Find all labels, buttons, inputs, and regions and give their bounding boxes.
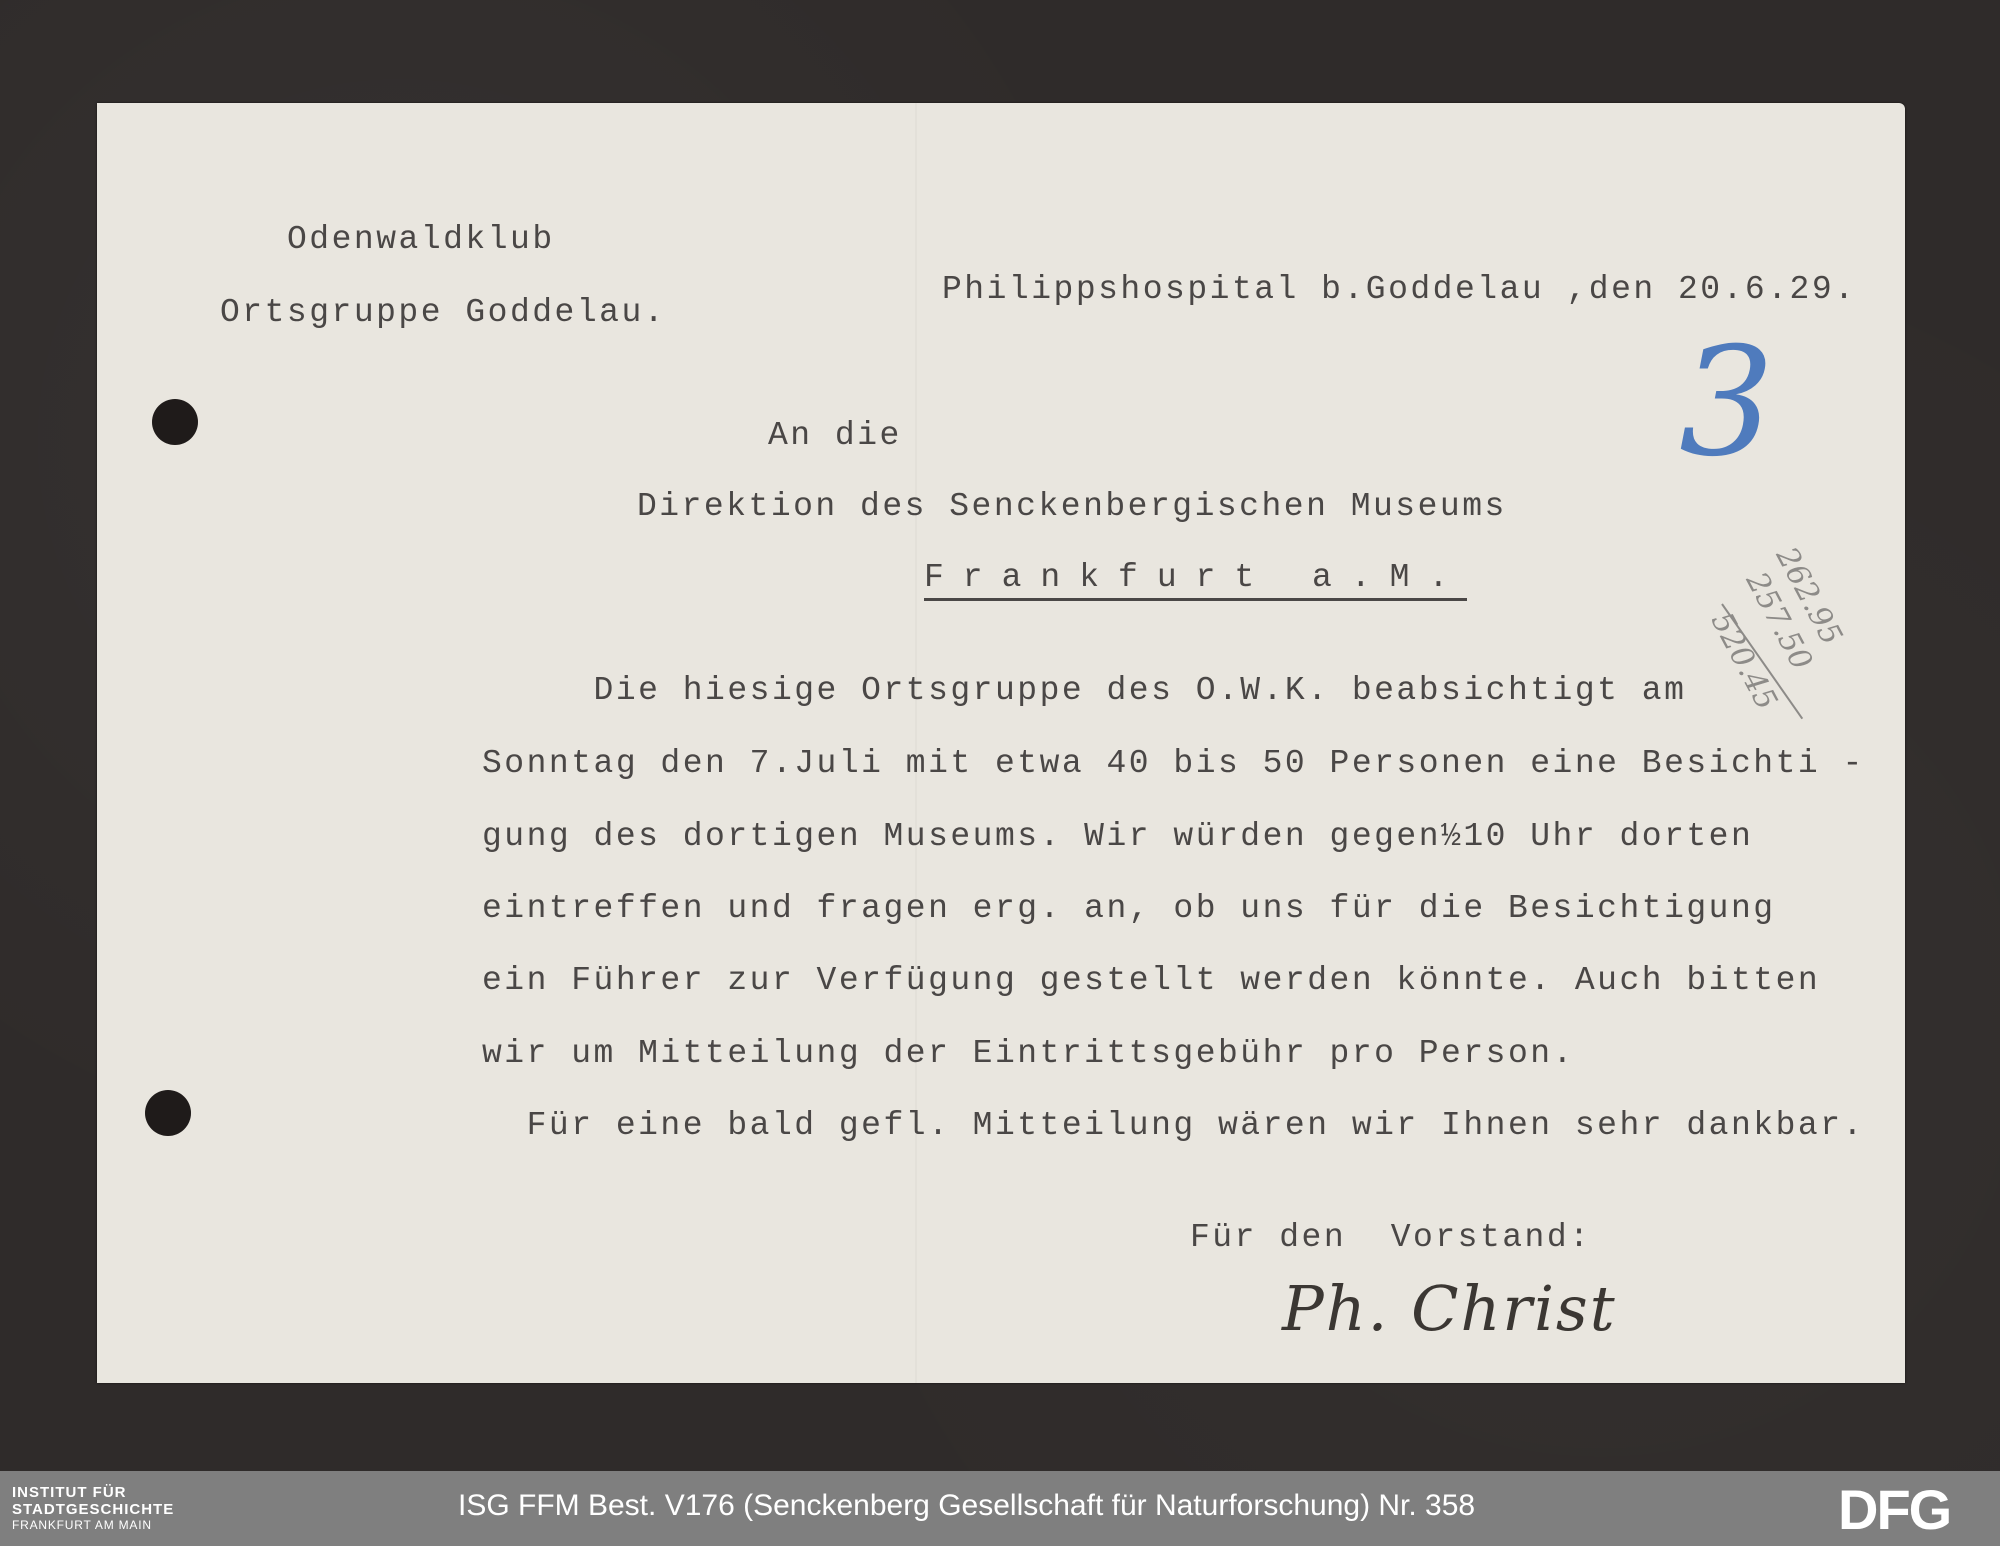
archive-number-handwritten: 3 (1679, 328, 1774, 478)
body-line-4: eintreffen und fragen erg. an, ob uns fü… (482, 892, 1776, 925)
sender-line-1: Odenwaldklub (287, 223, 555, 256)
closing: Für den Vorstand: (1190, 1221, 1591, 1254)
recipient-line-2: Direktion des Senckenbergischen Museums (637, 490, 1507, 523)
body-line-5: ein Führer zur Verfügung gestellt werden… (482, 964, 1820, 997)
recipient-city: Frankfurt a.M. (924, 561, 1467, 601)
institute-logo: INSTITUT FÜR STADTGESCHICHTE FRANKFURT A… (12, 1485, 174, 1531)
institute-line-3: FRANKFURT AM MAIN (12, 1519, 174, 1531)
body-line-1: Die hiesige Ortsgruppe des O.W.K. beabsi… (482, 674, 1686, 707)
sender-line-2: Ortsgruppe Goddelau. (220, 296, 666, 329)
punch-hole-top (152, 399, 198, 445)
body-line-6: wir um Mitteilung der Eintrittsgebühr pr… (482, 1037, 1575, 1070)
institute-line-1: INSTITUT FÜR (12, 1485, 174, 1500)
signature: Ph. Christ (1282, 1278, 1617, 1340)
body-line-7: Für eine bald gefl. Mitteilung wären wir… (482, 1109, 1865, 1142)
body-line-2: Sonntag den 7.Juli mit etwa 40 bis 50 Pe… (482, 747, 1865, 780)
punch-hole-bottom (145, 1090, 191, 1136)
institute-line-2: STADTGESCHICHTE (12, 1502, 174, 1517)
letter-sheet: Odenwaldklub Ortsgruppe Goddelau. Philip… (97, 103, 1905, 1383)
archive-caption: ISG FFM Best. V176 (Senckenberg Gesellsc… (458, 1489, 1475, 1523)
recipient-line-1: An die (768, 419, 902, 452)
place-date: Philippshospital b.Goddelau ,den 20.6.29… (942, 273, 1856, 306)
footer-bar: INSTITUT FÜR STADTGESCHICHTE FRANKFURT A… (0, 1471, 2000, 1546)
dfg-logo: DFG (1838, 1485, 1950, 1535)
paper-fold (915, 103, 917, 1383)
body-line-3: gung des dortigen Museums. Wir würden ge… (482, 820, 1753, 853)
